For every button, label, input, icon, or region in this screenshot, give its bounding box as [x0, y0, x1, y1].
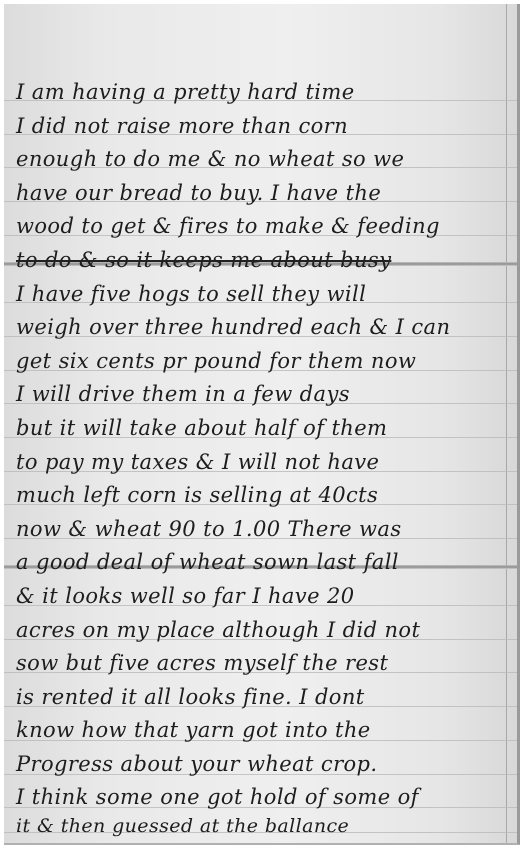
letter-line: & it looks well so far I have 20 [16, 580, 503, 614]
letter-line: to do & so it keeps me about busy [16, 244, 503, 278]
letter-line: I will drive them in a few days [16, 378, 503, 412]
letter-line: wood to get & fires to make & feeding [16, 210, 503, 244]
letter-line: now & wheat 90 to 1.00 There was [16, 513, 503, 547]
letter-line: but it will take about half of them [16, 412, 503, 446]
letter-line: have our bread to buy. I have the [16, 177, 503, 211]
letter-line: acres on my place although I did not [16, 614, 503, 648]
letter-line: a good deal of wheat sown last fall [16, 546, 503, 580]
letter-line: much left corn is selling at 40cts [16, 479, 503, 513]
letter-line: is rented it all looks fine. I dont [16, 681, 503, 715]
letter-line: Progress about your wheat crop. [16, 748, 503, 782]
letter-line: I have five hogs to sell they will [16, 278, 503, 312]
letter-line: I think some one got hold of some of [16, 781, 503, 815]
letter-line: sow but five acres myself the rest [16, 647, 503, 681]
letter-line: I am having a pretty hard time [16, 76, 503, 110]
letter-line: get six cents pr pound for them now [16, 345, 503, 379]
letter-line: know how that yarn got into the [16, 714, 503, 748]
letter-line: to pay my taxes & I will not have [16, 446, 503, 480]
letter-line: I did not raise more than corn [16, 110, 503, 144]
letter-line: weigh over three hundred each & I can [16, 311, 503, 345]
letter-line: it & then guessed at the ballance [16, 815, 503, 837]
right-margin-line [506, 4, 507, 843]
letter-line: enough to do me & no wheat so we [16, 143, 503, 177]
letter-page: I am having a pretty hard time I did not… [4, 4, 520, 845]
letter-body: I am having a pretty hard time I did not… [16, 76, 503, 837]
